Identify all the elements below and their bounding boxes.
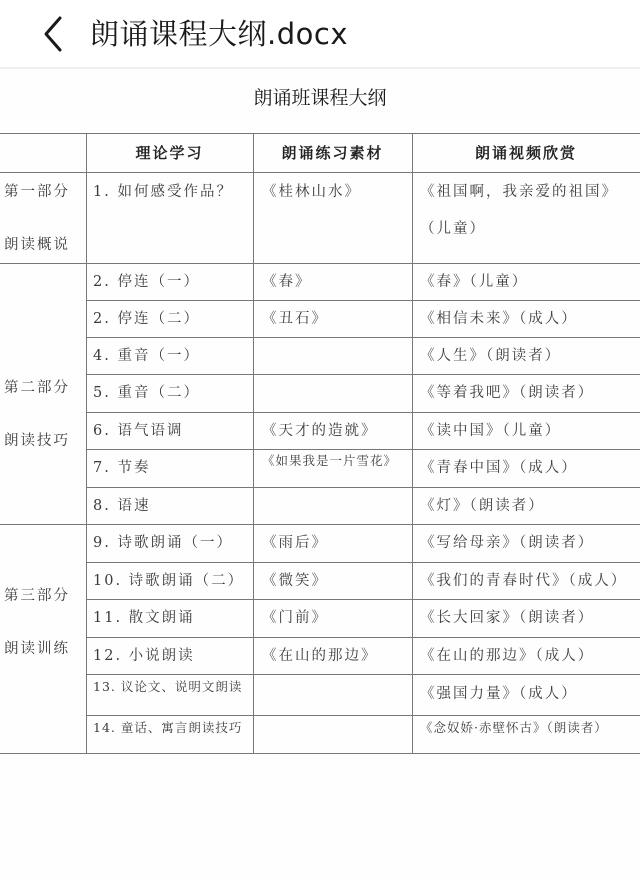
video-cell: 《读中国》（儿童） [420,421,561,441]
file-title: 朗诵课程大纲.docx [90,14,348,54]
theory-cell: 2. 停连（二） [93,309,200,329]
theory-cell: 8. 语速 [93,496,150,516]
material-cell: 《春》 [262,272,312,292]
section-2-label: 第二部分 [4,378,70,398]
material-cell: 《丑石》 [262,309,328,329]
material-cell: 《微笑》 [262,571,328,591]
material-cell: 《如果我是一片雪花》 [262,451,397,471]
row-divider [86,374,640,375]
theory-cell: 10. 诗歌朗诵（二） [93,571,244,591]
column-divider [253,133,254,753]
row-divider [86,674,640,675]
video-cell: 《长大回家》（朗读者） [420,608,594,628]
table-border-bottom [0,753,640,754]
video-cell: 《祖国啊，我亲爱的祖国》 [420,182,618,202]
row-divider [86,449,640,450]
video-cell: 《相信未来》（成人） [420,309,578,329]
theory-cell: 5. 重音（二） [93,383,200,403]
section-3-label: 第三部分 [4,586,70,606]
column-header-material: 朗诵练习素材 [253,143,412,163]
app-header: 朗诵课程大纲.docx [0,0,640,69]
material-cell: 《在山的那边》 [262,646,378,666]
theory-cell: 7. 节奏 [93,458,150,478]
row-divider [86,715,640,716]
column-header-video: 朗诵视频欣赏 [412,143,640,163]
section-1-label: 第一部分 [4,182,70,202]
video-cell: 《人生》（朗读者） [420,346,561,366]
theory-cell: 12. 小说朗读 [93,646,195,666]
section-divider [0,524,640,525]
column-divider [86,133,87,753]
theory-cell: 13. 议论文、说明文朗读 [93,677,242,697]
back-button[interactable] [36,14,70,54]
theory-cell: 11. 散文朗诵 [93,608,195,628]
row-divider [86,487,640,488]
theory-cell: 6. 语气语调 [93,421,183,441]
section-2-subtitle: 朗读技巧 [4,431,70,451]
material-cell: 《桂林山水》 [262,182,361,202]
material-cell: 《天才的造就》 [262,421,378,441]
video-cell: 《春》（儿童） [420,272,528,292]
theory-cell: 14. 童话、寓言朗读技巧 [93,718,242,738]
theory-cell: 1. 如何感受作品？ [93,182,233,202]
chevron-left-icon [42,15,64,53]
video-cell: 《青春中国》（成人） [420,458,578,478]
video-cell: 《等着我吧》（朗读者） [420,383,594,403]
row-divider [86,637,640,638]
video-cell: 《我们的青春时代》（成人） [420,571,627,591]
video-cell: 《念奴娇·赤壁怀古》（朗读者） [420,718,608,738]
row-divider [86,562,640,563]
row-divider [86,300,640,301]
column-header-theory: 理论学习 [86,143,253,163]
video-cell-note: （儿童） [420,219,486,239]
theory-cell: 4. 重音（一） [93,346,200,366]
section-3-subtitle: 朗读训练 [4,639,70,659]
video-cell: 《在山的那边》（成人） [420,646,594,666]
document-title: 朗诵班课程大纲 [0,84,640,112]
video-cell: 《灯》（朗读者） [420,496,545,516]
row-divider [86,412,640,413]
video-cell: 《强国力量》（成人） [420,684,578,704]
column-divider [412,133,413,753]
table-border-top [0,133,640,134]
theory-cell: 2. 停连（一） [93,272,200,292]
section-divider [0,263,640,264]
theory-cell: 9. 诗歌朗诵（一） [93,533,233,553]
row-divider [86,599,640,600]
video-cell: 《写给母亲》（朗读者） [420,533,594,553]
material-cell: 《门前》 [262,608,328,628]
row-divider [86,337,640,338]
header-divider [0,172,640,173]
section-1-subtitle: 朗读概说 [4,235,70,255]
material-cell: 《雨后》 [262,533,328,553]
